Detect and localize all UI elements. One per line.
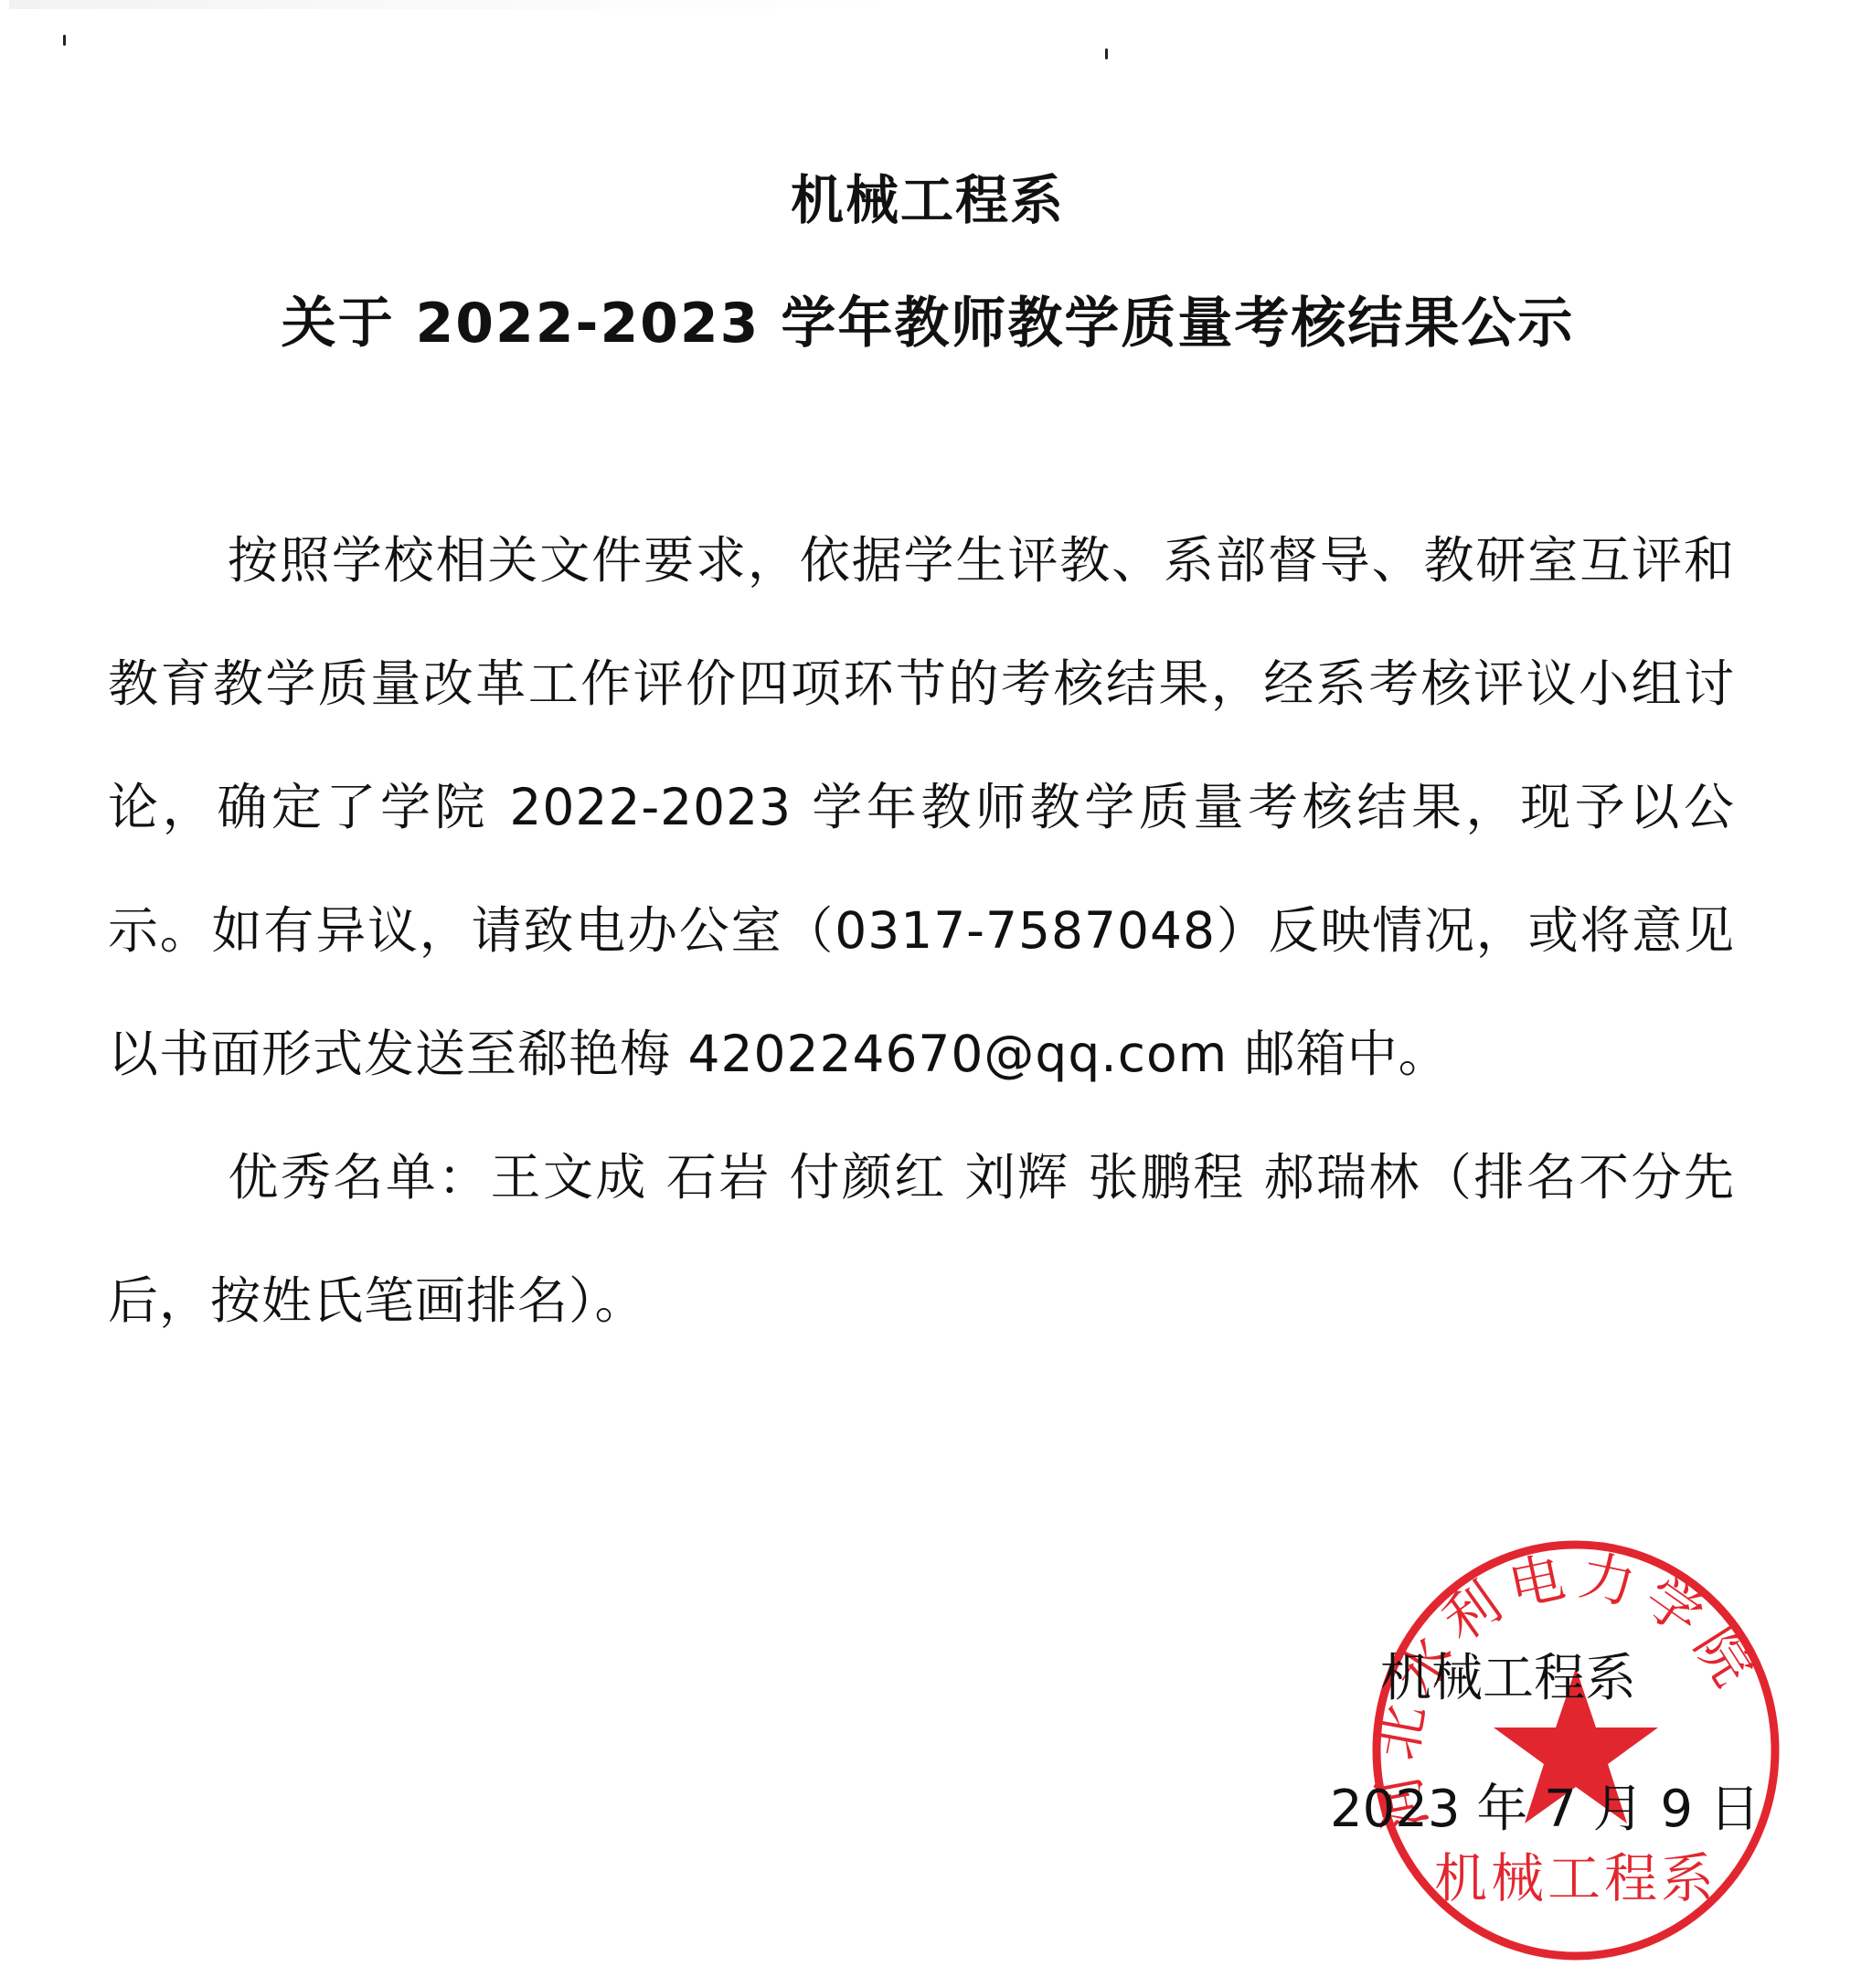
excellent-list-paragraph: 优秀名单：王文成 石岩 付颜红 刘辉 张鹏程 郝瑞林（排名不分先后，按姓氏笔画排… <box>108 1116 1735 1363</box>
notice-title: 关于 2022-2023 学年教师教学质量考核结果公示 <box>0 280 1856 358</box>
notice-paragraph-text: 按照学校相关文件要求，依据学生评教、系部督导、教研室互评和教育教学质量改革工作评… <box>108 531 1735 1083</box>
excellent-list-text: 优秀名单：王文成 石岩 付颜红 刘辉 张鹏程 郝瑞林（排名不分先后，按姓氏笔画排… <box>108 1148 1735 1330</box>
scan-edge-noise <box>9 0 923 9</box>
scan-speck <box>63 35 66 46</box>
scan-speck <box>1105 48 1108 59</box>
signature-date: 2023 年 7 月 9 日 <box>1330 1769 1760 1842</box>
notice-paragraph: 按照学校相关文件要求，依据学生评教、系部督导、教研室互评和教育教学质量改革工作评… <box>108 499 1735 1116</box>
department-title: 机械工程系 <box>0 157 1856 234</box>
signature-department: 机械工程系 <box>1380 1638 1636 1711</box>
official-seal-stamp: 河北水利电力学院 机械工程系 <box>1366 1536 1786 1965</box>
seal-bottom-text: 机械工程系 <box>1434 1847 1718 1909</box>
scanned-document-page: 机械工程系 关于 2022-2023 学年教师教学质量考核结果公示 按照学校相关… <box>0 0 1872 1988</box>
